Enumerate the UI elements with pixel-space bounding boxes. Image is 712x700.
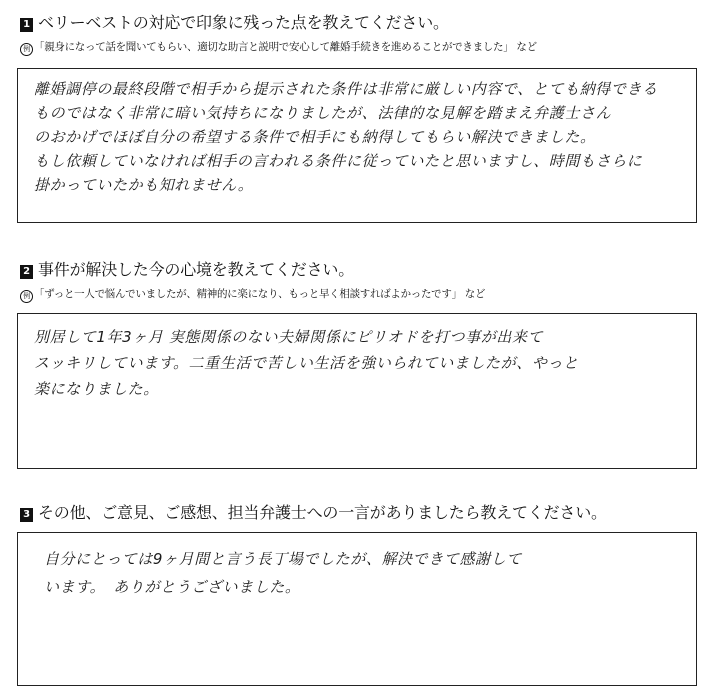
handwritten-answer: 離婚調停の最終段階で相手から提示された条件は非常に厳しい内容で、とても納得できる… xyxy=(18,69,696,197)
answer-box-1: 離婚調停の最終段階で相手から提示された条件は非常に厳しい内容で、とても納得できる… xyxy=(17,68,697,223)
question-2-example: 例「ずっと一人で悩んでいましたが、精神的に楽になり、もっと早く相談すればよかった… xyxy=(20,287,485,303)
question-number-badge: 2 xyxy=(20,265,33,279)
example-text: 「ずっと一人で悩んでいましたが、精神的に楽になり、もっと早く相談すればよかったで… xyxy=(34,288,485,300)
example-mark-icon: 例 xyxy=(20,43,33,56)
answer-line: 別居して1年3ヶ月 実態関係のない夫婦関係にピリオドを打つ事が出来て xyxy=(34,324,686,350)
handwritten-answer: 別居して1年3ヶ月 実態関係のない夫婦関係にピリオドを打つ事が出来て スッキリし… xyxy=(18,314,696,402)
question-2-title: 2事件が解決した今の心境を教えてください。 xyxy=(20,260,354,280)
question-text: その他、ご意見、ご感想、担当弁護士への一言がありましたら教えてください。 xyxy=(38,503,607,522)
answer-line: 離婚調停の最終段階で相手から提示された条件は非常に厳しい内容で、とても納得できる xyxy=(34,77,686,101)
question-text: 事件が解決した今の心境を教えてください。 xyxy=(38,260,354,279)
handwritten-answer: 自分にとっては9ヶ月間と言う長丁場でしたが、解決できて感謝して います。 ありが… xyxy=(18,533,696,601)
question-3-title: 3その他、ご意見、ご感想、担当弁護士への一言がありましたら教えてください。 xyxy=(20,503,607,523)
answer-line: もし依頼していなければ相手の言われる条件に従っていたと思いますし、時間もさらに xyxy=(34,149,686,173)
example-mark-icon: 例 xyxy=(20,290,33,303)
answer-line: スッキリしています。二重生活で苦しい生活を強いられていましたが、やっと xyxy=(34,350,686,376)
question-number-badge: 3 xyxy=(20,508,33,522)
example-text: 「親身になって話を聞いてもらい、適切な助言と説明で安心して離婚手続きを進めること… xyxy=(34,41,537,53)
question-1-title: 1ベリーベストの対応で印象に残った点を教えてください。 xyxy=(20,13,449,33)
answer-line: 掛かっていたかも知れません。 xyxy=(34,173,686,197)
question-number-badge: 1 xyxy=(20,18,33,32)
question-1-example: 例「親身になって話を聞いてもらい、適切な助言と説明で安心して離婚手続きを進めるこ… xyxy=(20,40,537,56)
question-text: ベリーベストの対応で印象に残った点を教えてください。 xyxy=(38,13,449,32)
answer-line: 楽になりました。 xyxy=(34,376,686,402)
answer-line: います。 ありがとうございました。 xyxy=(44,573,686,601)
answer-box-2: 別居して1年3ヶ月 実態関係のない夫婦関係にピリオドを打つ事が出来て スッキリし… xyxy=(17,313,697,469)
answer-line: ものではなく非常に暗い気持ちになりましたが、法律的な見解を踏まえ弁護士さん xyxy=(34,101,686,125)
answer-line: 自分にとっては9ヶ月間と言う長丁場でしたが、解決できて感謝して xyxy=(44,545,686,573)
answer-box-3: 自分にとっては9ヶ月間と言う長丁場でしたが、解決できて感謝して います。 ありが… xyxy=(17,532,697,686)
answer-line: のおかげでほぼ自分の希望する条件で相手にも納得してもらい解決できました。 xyxy=(34,125,686,149)
